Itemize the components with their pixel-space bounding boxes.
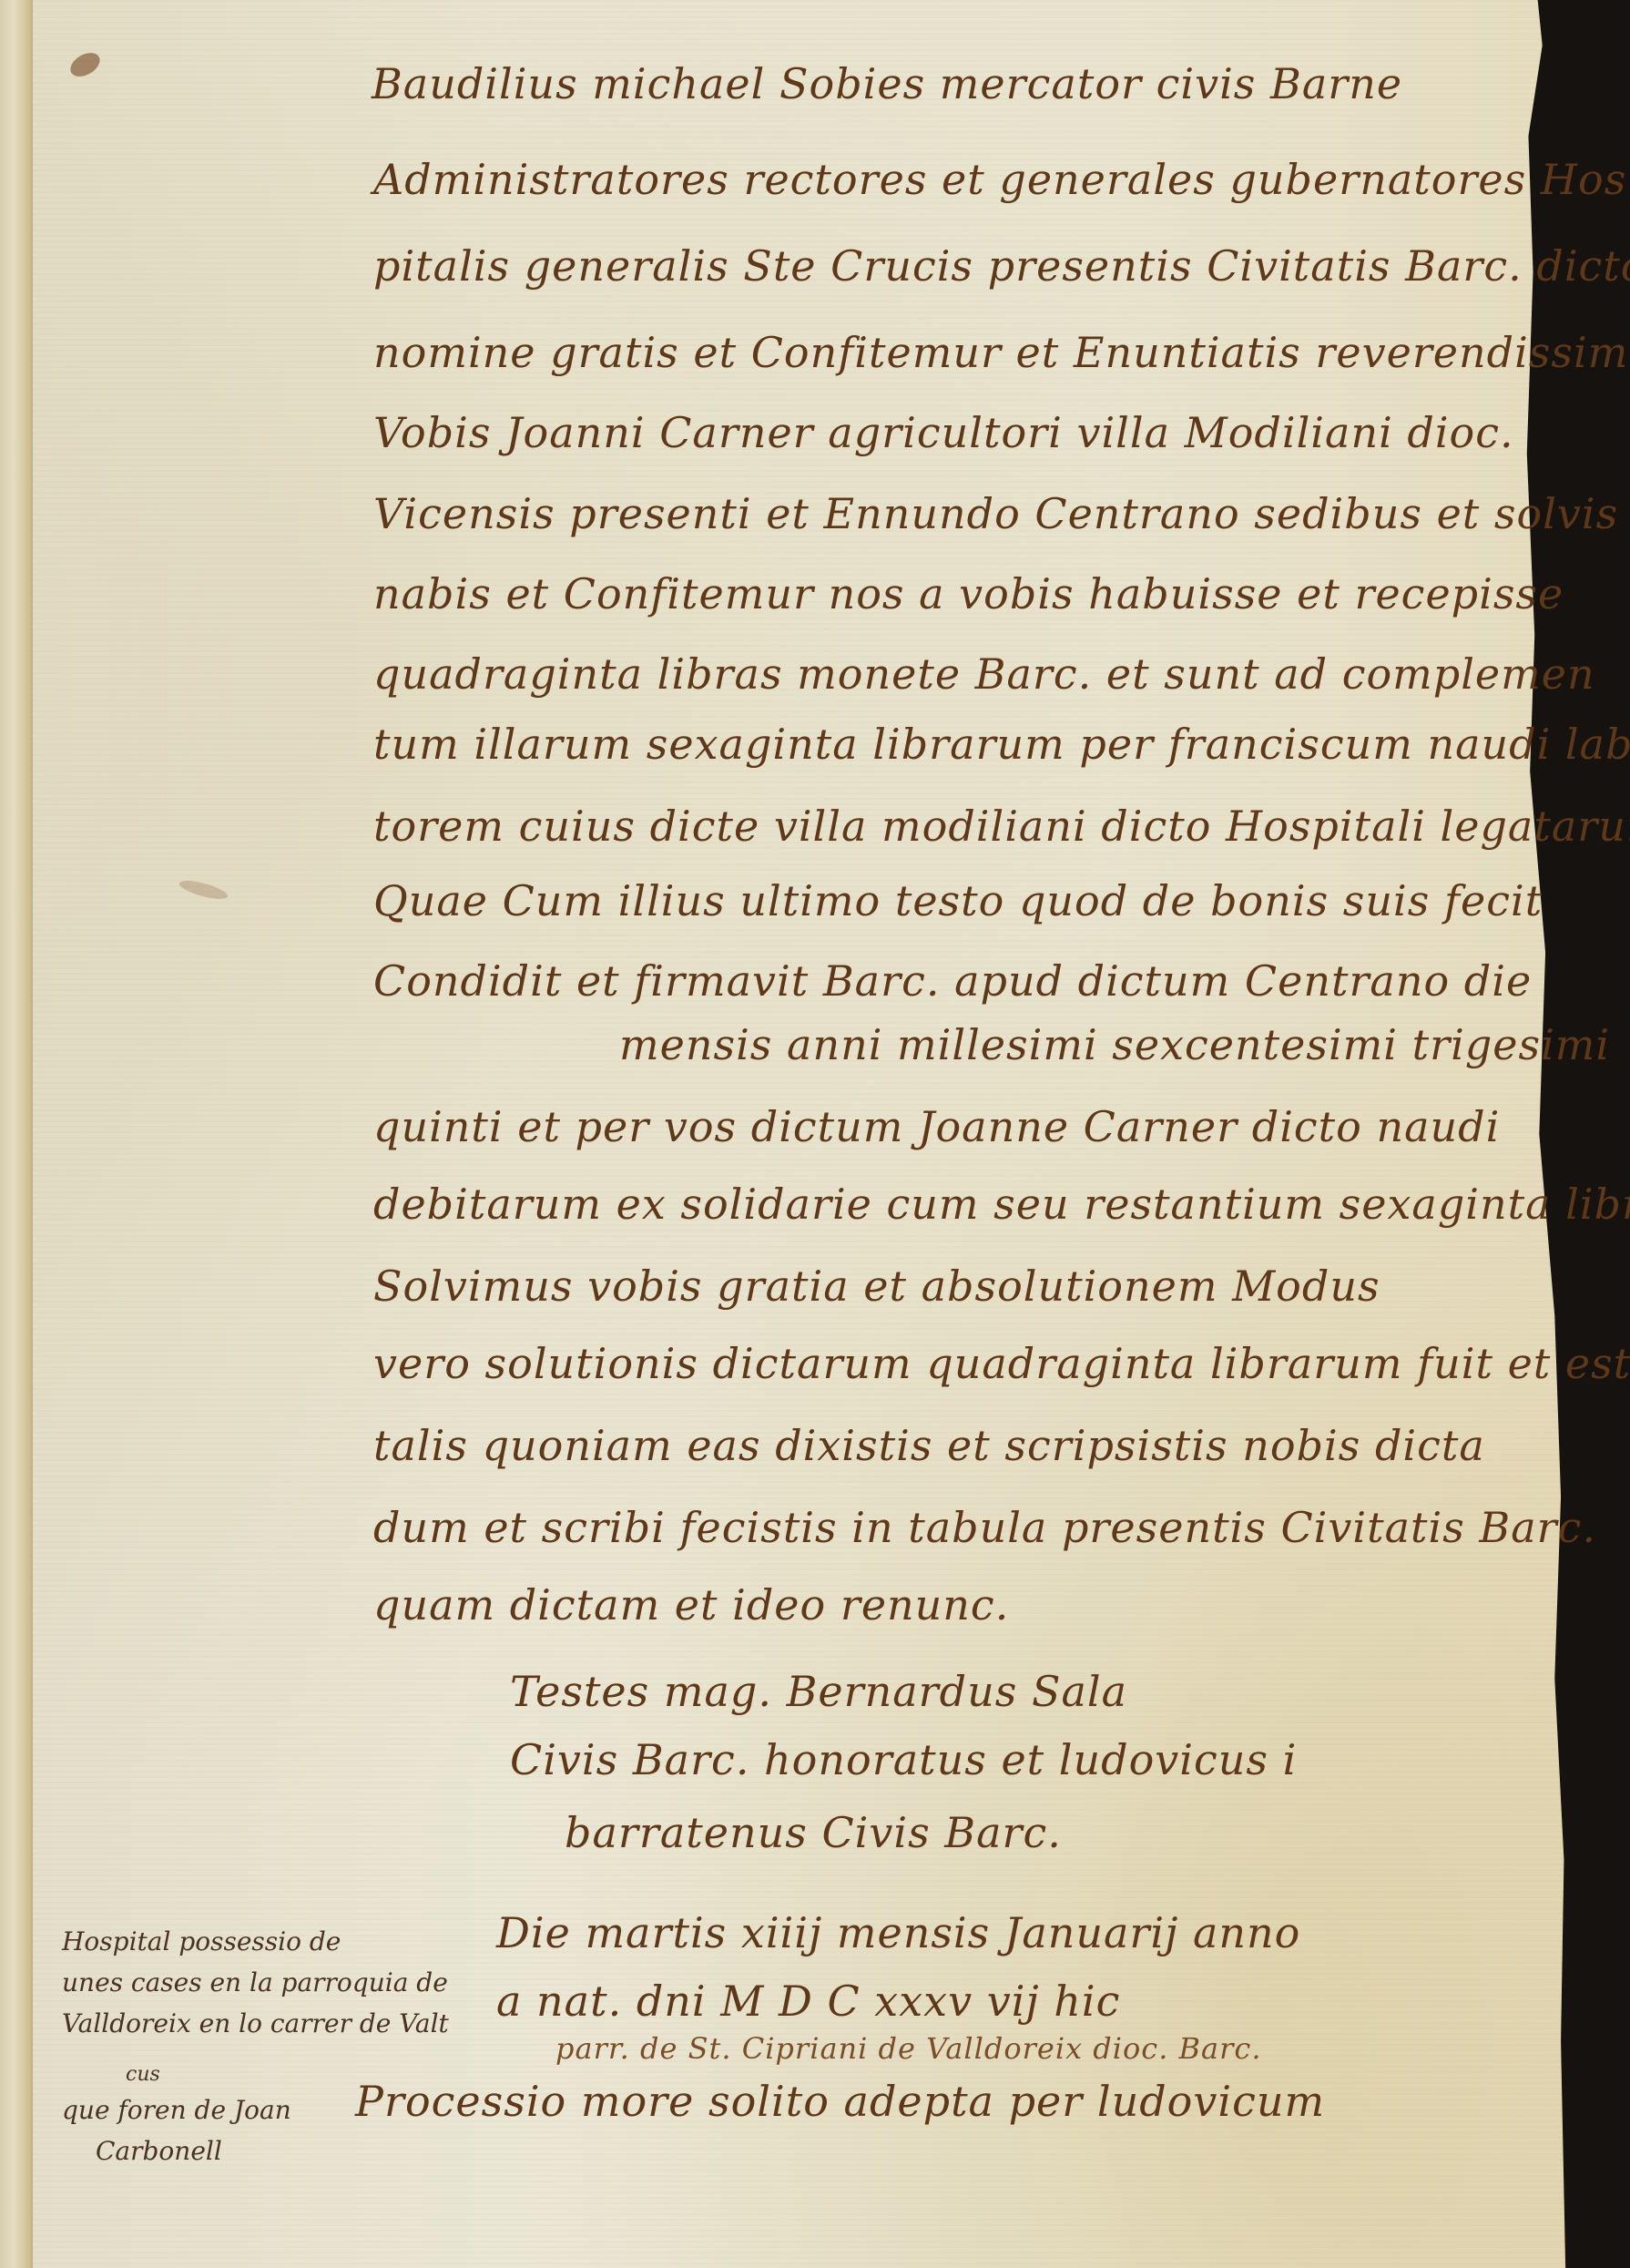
ink-smudge <box>178 877 229 903</box>
witness-line: Civis Barc. honoratus et ludovicus i <box>510 1735 1297 1784</box>
text-line: Condidit et firmavit Barc. apud dictum C… <box>373 956 1532 1006</box>
text-line: Vicensis presenti et Ennundo Centrano se… <box>373 489 1630 538</box>
text-line: mensis anni millesimi sexcentesimi trige… <box>619 1020 1610 1069</box>
text-line: dum et scribi fecistis in tabula present… <box>373 1503 1596 1552</box>
text-line: torem cuius dicte villa modiliani dicto … <box>373 802 1630 851</box>
text-line: Administratores rectores et generales gu… <box>373 155 1626 204</box>
text-line: pitalis generalis Ste Crucis presentis C… <box>373 241 1630 291</box>
margin-note-line: Hospital possessio de <box>62 1926 341 1956</box>
text-line: Vobis Joanni Carner agricultori villa Mo… <box>373 408 1514 457</box>
text-line: vero solutionis dictarum quadraginta lib… <box>373 1339 1630 1388</box>
text-line: nomine gratis et Confitemur et Enuntiati… <box>373 328 1630 377</box>
closing-line: parr. de St. Cipriani de Valldoreix dioc… <box>555 2031 1262 2066</box>
closing-line: Die martis xiiij mensis Januarij anno <box>496 1908 1300 1957</box>
text-line: Solvimus vobis gratia et absolutionem Mo… <box>373 1262 1380 1311</box>
text-line: debitarum ex solidarie cum seu restantiu… <box>373 1180 1630 1229</box>
text-line: Baudilius michael Sobies mercator civis … <box>372 59 1402 108</box>
text-line: quam dictam et ideo renunc. <box>373 1580 1009 1629</box>
margin-note-line: que foren de Joan <box>62 2095 291 2125</box>
margin-note-line: Carbonell <box>96 2136 222 2166</box>
text-line: quinti et per vos dictum Joanne Carner d… <box>373 1102 1500 1151</box>
text-line: tum illarum sexaginta librarum per franc… <box>373 720 1630 769</box>
witness-line: barratenus Civis Barc. <box>565 1808 1062 1857</box>
margin-note-line: unes cases en la parroquia de <box>62 1967 448 1997</box>
text-line: talis quoniam eas dixistis et scripsisti… <box>373 1421 1485 1470</box>
witness-line: Testes mag. Bernardus Sala <box>510 1667 1127 1716</box>
text-line: quadraginta libras monete Barc. et sunt … <box>373 649 1595 699</box>
margin-note-insertion: cus <box>126 2063 160 2086</box>
previous-page-edge <box>0 0 36 2268</box>
ink-blot <box>66 48 104 82</box>
text-line: nabis et Confitemur nos a vobis habuisse… <box>373 569 1564 618</box>
closing-line: a nat. dni M D C xxxv vij hic <box>496 1977 1120 2026</box>
margin-note-line: Valldoreix en lo carrer de Valt <box>62 2008 449 2038</box>
closing-line: Processio more solito adepta per ludovic… <box>355 2077 1325 2126</box>
text-line: Quae Cum illius ultimo testo quod de bon… <box>373 876 1543 925</box>
